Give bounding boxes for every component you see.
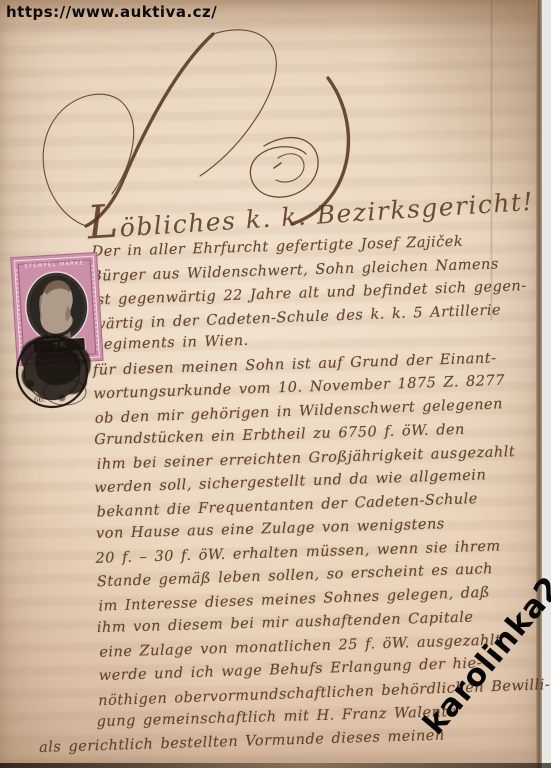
handwritten-line: von Hause aus eine Zulage von wenigstens xyxy=(96,516,445,542)
letter-body: Der in aller Ehrfurcht gefertigte Josef … xyxy=(0,0,542,1)
handwritten-line: bekannt die Frequentanten der Cadeten-Sc… xyxy=(96,491,478,521)
handwritten-line: ihm von diesem bei mir aushaftenden Capi… xyxy=(97,610,474,637)
handwritten-line: werde und ich wage Behufs Erlangung der … xyxy=(99,655,483,684)
handwritten-line: Regiments in Wien. xyxy=(92,333,249,353)
handwritten-line: als gerichtlich bestellten Vormunde dies… xyxy=(39,727,445,755)
handwritten-line: Grundstücken ein Erbtheil zu 6750 f. öW.… xyxy=(94,422,465,448)
ink-blot xyxy=(20,334,91,401)
postmark-cancellation: 66. xyxy=(2,332,114,418)
handwritten-line: im Interesse dieses meines Sohnes gelege… xyxy=(98,584,490,614)
auction-site-watermark: https://www.auktiva.cz/ xyxy=(6,3,217,21)
postmark-number: 66. xyxy=(34,396,45,404)
handwritten-line: gung gemeinschaftlich mit H. Franz Walen… xyxy=(96,704,457,730)
scanned-document-photo: STEMPEL MARKE 36 66. xyxy=(0,0,551,768)
